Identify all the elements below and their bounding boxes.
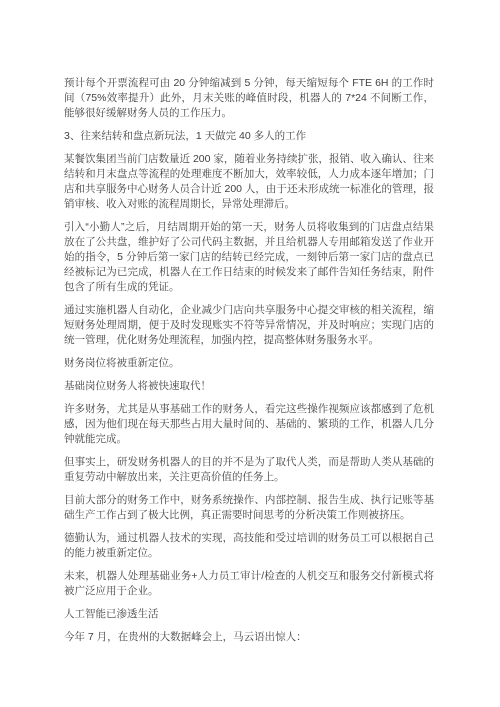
- section-heading: 人工智能已渗透生活: [64, 607, 434, 622]
- paragraph: 今年 7 月，在贵州的大数据峰会上，马云语出惊人：: [64, 630, 434, 645]
- paragraph: 财务岗位将被重新定位。: [64, 356, 434, 371]
- document-body: 预计每个开票流程可由 20 分钟缩减到 5 分钟，每天缩短每个 FTE 6H 的…: [64, 76, 434, 653]
- paragraph: 许多财务，尤其是从事基础工作的财务人，看完这些操作视频应该都感到了危机感，因为他…: [64, 402, 434, 447]
- paragraph: 引入“小勤人”之后，月结周期开始的第一天，财务人员将收集到的门店盘点结果放在了公…: [64, 220, 434, 295]
- paragraph: 通过实施机器人自动化，企业减少门店向共享服务中心提交审核的相关流程，缩短财务处理…: [64, 303, 434, 348]
- section-heading: 3、往来结转和盘点新玩法，1 天做完 40 多人的工作: [64, 129, 434, 144]
- paragraph: 基础岗位财务人将被快速取代！: [64, 379, 434, 394]
- paragraph: 预计每个开票流程可由 20 分钟缩减到 5 分钟，每天缩短每个 FTE 6H 的…: [64, 76, 434, 121]
- paragraph: 德勤认为，通过机器人技术的实现，高技能和受过培训的财务员工可以根据自己的能力被重…: [64, 531, 434, 561]
- document-page: 预计每个开票流程可由 20 分钟缩减到 5 分钟，每天缩短每个 FTE 6H 的…: [0, 0, 500, 707]
- paragraph: 但事实上，研发财务机器人的目的并不是为了取代人类，而是帮助人类从基础的重复劳动中…: [64, 455, 434, 485]
- paragraph: 某餐饮集团当前门店数量近 200 家，随着业务持续扩张，报销、收入确认、往来结转…: [64, 152, 434, 212]
- paragraph: 未来，机器人处理基础业务+人力员工审计/检查的人机交互和服务交付新模式将被广泛应…: [64, 569, 434, 599]
- paragraph: 目前大部分的财务工作中，财务系统操作、内部控制、报告生成、执行记账等基础生产工作…: [64, 493, 434, 523]
